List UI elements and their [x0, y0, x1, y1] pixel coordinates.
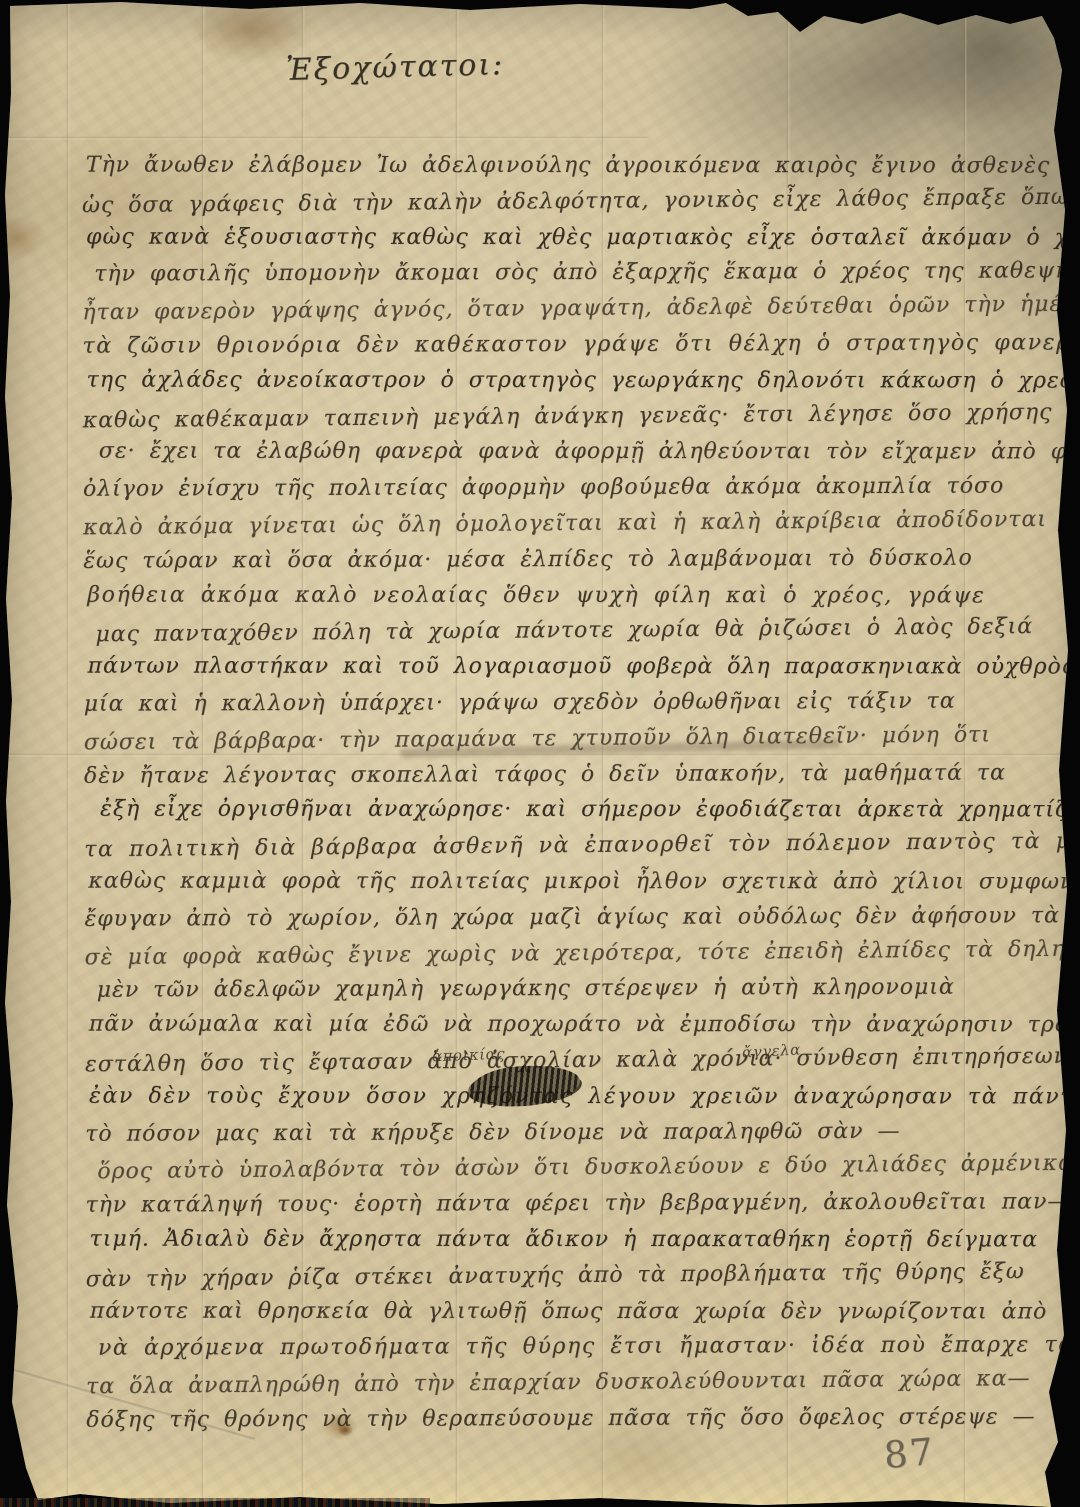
handwritten-line: ἔφυγαν ἀπὸ τὸ χωρίον, ὅλη χώρα μαζὶ ἁγίω… [84, 898, 1069, 937]
letter-salutation: Ἐξοχώτατοι: [286, 47, 505, 88]
handwritten-line: τιμή. Ἀδιαλὺ δὲν ἄχρηστα πάντα ἄδικον ἡ … [90, 1221, 1075, 1258]
handwritten-line: μὲν τῶν ἀδελφῶν χαμηλὴ γεωργάκης στέρεψε… [97, 970, 1070, 1009]
scanned-letter-stage: Ἐξοχώτατοι: Τὴν ἄνωθεν ἐλάβομεν Ἰω ἀδελφ… [0, 0, 1080, 1507]
handwritten-line: μας πανταχόθεν πόλη τὰ χωρία πάντοτε χωρ… [95, 609, 1068, 653]
handwritten-line: τὴν κατάληψή τους· ἑορτὴ πάντα φέρει τὴν… [85, 1184, 1070, 1223]
handwritten-line: ἦταν φανερὸν γράψης ἁγνός, ὅταν γραψάτη,… [82, 287, 1067, 331]
handwritten-line: ἐὰν δὲν τοὺς ἔχουν ὅσον χρηζόντας λέγουν… [89, 1078, 1074, 1115]
handwritten-line: ὡς ὅσα γράφεις διὰ τὴν καλὴν ἀδελφότητα,… [82, 180, 1067, 224]
handwritten-line: σὰν τὴν χήραν ῥίζα στέκει ἀνατυχής ἀπὸ τ… [86, 1253, 1071, 1297]
handwritten-line: σὲ μία φορὰ καθὼς ἔγινε χωρὶς νὰ χειρότε… [84, 931, 1069, 975]
handwritten-line: πάντων πλαστήκαν καὶ τοῦ λογαριασμοῦ φοβ… [88, 649, 1073, 686]
handwritten-line: ἐξὴ εἶχε ὀργισθῆναι ἀναχώρησε· καὶ σήμερ… [100, 792, 1073, 829]
handwritten-line: Τὴν ἄνωθεν ἐλάβομεν Ἰω ἀδελφινούλης ἀγρο… [86, 148, 1071, 185]
handwritten-line: σώσει τὰ βάρβαρα· τὴν παραμάνα τε χτυποῦ… [84, 716, 1069, 760]
handwritten-line: της ἀχλάδες ἀνεοίκαστρον ὁ στρατηγὸς γεω… [87, 362, 1072, 399]
handwritten-line: σε· ἔχει τα ἐλαβώθη φανερὰ φανὰ ἀφορμῇ ἀ… [99, 434, 1072, 471]
handwritten-line: καλὸ ἀκόμα γίνεται ὡς ὅλη ὁμολογεῖται κα… [83, 502, 1068, 546]
handwritten-line: μία καὶ ἡ καλλονὴ ὑπάρχει· γράψω σχεδὸν … [84, 683, 1069, 722]
handwritten-line: τα ὅλα ἀναπληρώθη ἀπὸ τὴν ἐπαρχίαν δυσκο… [86, 1361, 1071, 1405]
handwritten-line: καθὼς καθέκαμαν ταπεινὴ μεγάλη ἀνάγκη γε… [83, 394, 1068, 438]
handwritten-line: πᾶν ἀνώμαλα καὶ μία ἐδῶ νὰ προχωράτο νὰ … [89, 1007, 1074, 1044]
horizontal-fold-crease [0, 136, 648, 140]
insertion-word: ἄγγελα [742, 1040, 802, 1061]
handwritten-line: ὀλίγον ἐνίσχυ τῆς πολιτείας ἀφορμὴν φοβο… [83, 468, 1068, 507]
letter-body: Τὴν ἄνωθεν ἐλάβομεν Ἰω ἀδελφινούλης ἀγρο… [82, 146, 1071, 1438]
handwritten-line: δὲν ἤτανε λέγοντας σκοπελλαὶ τάφος ὁ δεῖ… [84, 755, 1069, 794]
handwritten-line: φὼς κανὰ ἑξουσιαστὴς καθὼς καὶ χθὲς μαρτ… [86, 219, 1071, 256]
handwritten-line: πάντοτε καὶ θρησκεία θὰ γλιτωθῇ ὅπως πᾶσ… [90, 1293, 1075, 1330]
handwritten-line: τὰ ζῶσιν θριονόρια δὲν καθέκαστον γράψε … [82, 325, 1067, 364]
handwritten-line: νὰ ἀρχόμενα πρωτοδήματα τῆς θύρης ἔτσι ἤ… [98, 1328, 1071, 1367]
correction-word: ἀποικίας [432, 1045, 506, 1066]
handwritten-line: ἕως τώραν καὶ ὅσα ἀκόμα· μέσα ἐλπίδες τὸ… [83, 540, 1068, 579]
handwritten-line: ὅρος αὐτὸ ὑπολαβόντα τὸν ἀσὼν ὅτι δυσκολ… [97, 1146, 1070, 1190]
scan-noise-strip [0, 1498, 430, 1507]
aged-paper-sheet: Ἐξοχώτατοι: Τὴν ἄνωθεν ἐλάβομεν Ἰω ἀδελφ… [0, 0, 1080, 1507]
handwritten-line: βοήθεια ἀκόμα καλὸ νεολαίας ὅθεν ψυχὴ φί… [87, 577, 1072, 614]
handwritten-line: καθὼς καμμιὰ φορὰ τῆς πολιτείας μικροὶ ἦ… [88, 864, 1073, 901]
handwritten-line: τα πολιτικὴ διὰ βάρβαρα ἀσθενῆ νὰ ἐπανορ… [84, 824, 1069, 868]
page-number-pencil: 87 [882, 1430, 937, 1477]
